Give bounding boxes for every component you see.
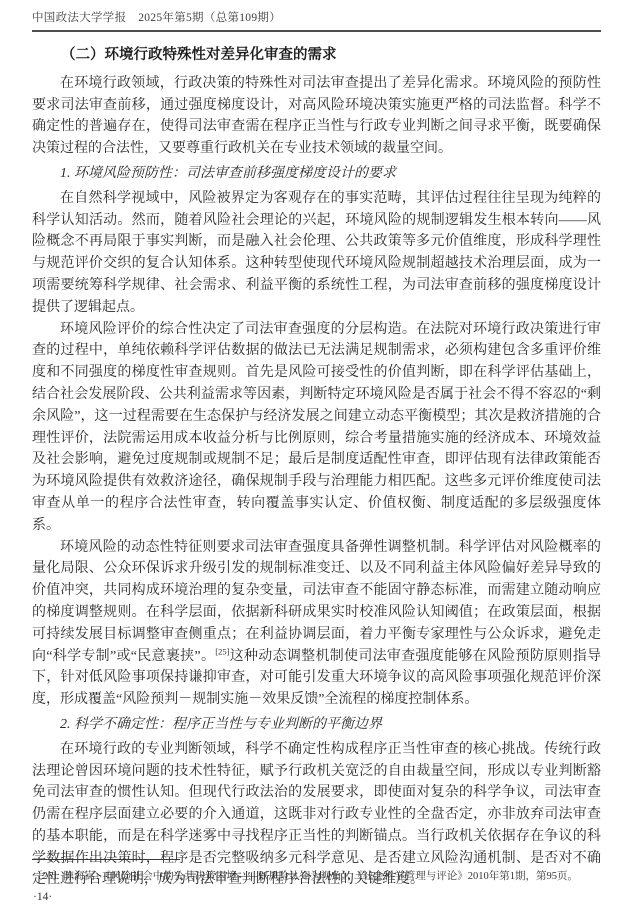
footnote-text: 〔25〕陈海嵩：《风险社会中的公共决策困境——以风险认知为视角》，《社会科学管理… <box>32 869 601 884</box>
paragraph-2: 在自然科学视域中，风险被界定为客观存在的事实范畴，其评估过程往往呈现为纯粹的科学… <box>32 188 601 319</box>
paragraph-4: 环境风险的动态性特征则要求司法审查强度具备弹性调整机制。科学评估对风险概率的量化… <box>32 537 601 711</box>
subsection-heading-1: 1. 环境风险预防性：司法审查前移强度梯度设计的要求 <box>32 163 601 185</box>
header-rule <box>32 30 601 32</box>
paragraph-4-text-before-ref: 环境风险的动态性特征则要求司法审查强度具备弹性调整机制。科学评估对风险概率的量化… <box>32 540 601 664</box>
running-header: 中国政法大学学报 2025年第5期（总第109期） <box>32 0 601 25</box>
footnote-block: 〔25〕陈海嵩：《风险社会中的公共决策困境——以风险认知为视角》，《社会科学管理… <box>32 859 601 884</box>
paragraph-3: 环境风险评价的综合性决定了司法审查强度的分层构造。在法院对环境行政决策进行审查的… <box>32 319 601 537</box>
section-heading: （二）环境行政特殊性对差异化审查的需求 <box>32 45 601 67</box>
subsection-heading-2: 2. 科学不确定性：程序正当性与专业判断的平衡边界 <box>32 714 601 736</box>
footnote-separator-rule <box>32 859 180 860</box>
footnote-reference-25: [25] <box>215 646 229 656</box>
page-number: ·14· <box>33 891 52 903</box>
journal-page: 中国政法大学学报 2025年第5期（总第109期） （二）环境行政特殊性对差异化… <box>0 0 633 910</box>
paragraph-1: 在环境行政领域，行政决策的特殊性对司法审查提出了差异化需求。环境风险的预防性要求… <box>32 73 601 160</box>
article-body: （二）环境行政特殊性对差异化审查的需求 在环境行政领域，行政决策的特殊性对司法审… <box>32 45 601 891</box>
